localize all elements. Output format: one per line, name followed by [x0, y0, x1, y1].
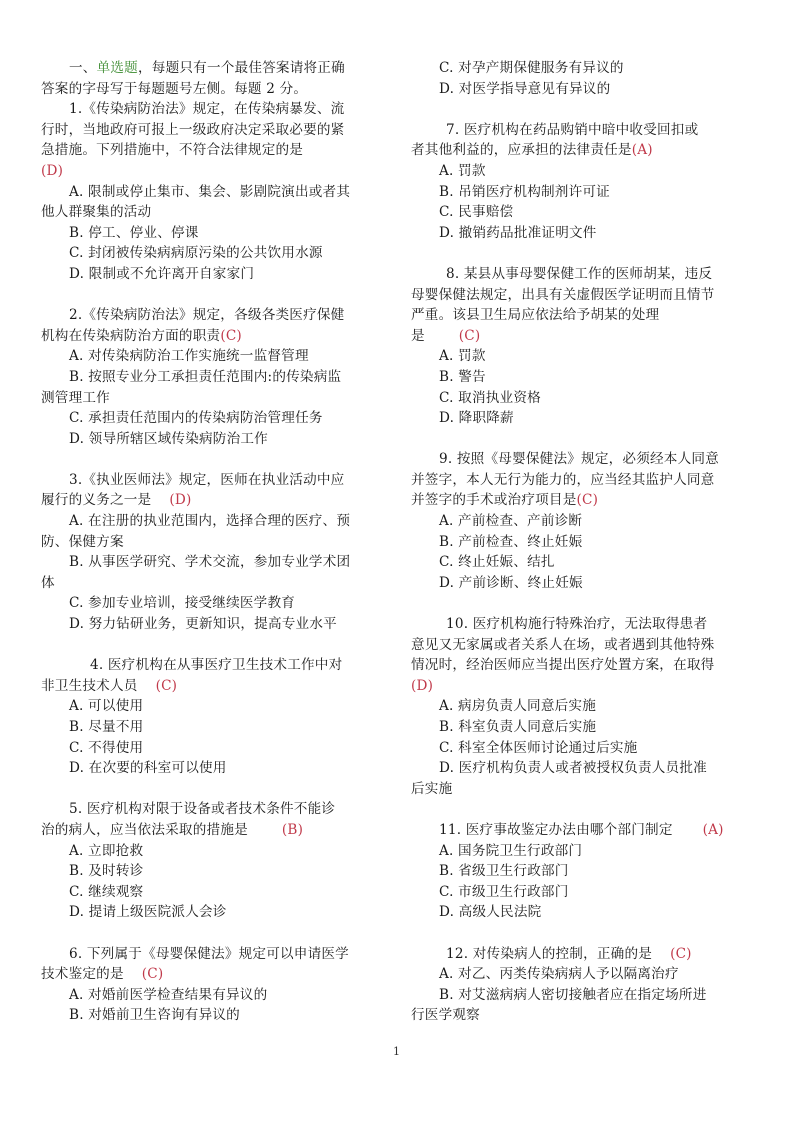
question-2: 2.《传染病防治法》规定，各级各类医疗保健 机构在传染病防治方面的职责(C) A… [41, 305, 391, 449]
option-b: B. 警告 [411, 367, 761, 388]
option-b-cont: 体 [41, 573, 391, 594]
option-a-cont: 他人群聚集的活动 [41, 202, 391, 223]
option-c: C. 终止妊娠、结扎 [411, 552, 761, 573]
question-stem: 是 [411, 328, 425, 344]
answer-label: (D) [169, 492, 191, 508]
option-b: B. 尽量不用 [41, 717, 391, 738]
question-stem: 机构在传染病防治方面的职责 [41, 328, 220, 344]
answer-label: (A) [632, 142, 653, 158]
option-c: C. 市级卫生行政部门 [411, 882, 761, 903]
option-d: D. 产前诊断、终止妊娠 [411, 573, 761, 594]
intro-line-2: 答案的字母写于每题题号左侧。每题 2 分。 [41, 79, 391, 100]
option-b: B. 省级卫生行政部门 [411, 861, 761, 882]
answer-label: (C) [670, 946, 692, 962]
question-stem: 者其他利益的，应承担的法律责任是 [411, 142, 632, 158]
question-4: 4. 医疗机构在从事医疗卫生技术工作中对 非卫生技术人员(C) A. 可以使用 … [41, 655, 391, 779]
option-a: A. 在注册的执业范围内，选择合理的医疗、预 [41, 511, 391, 532]
option-d: D. 高级人民法院 [411, 902, 761, 923]
question-5: 5. 医疗机构对限于设备或者技术条件不能诊 治的病人，应当依法采取的措施是(B)… [41, 799, 391, 923]
option-b: B. 吊销医疗机构制剂许可证 [411, 182, 761, 203]
question-stem: 1.《传染病防治法》规定，在传染病暴发、流 [41, 99, 391, 120]
question-stem: 12. 对传染病人的控制，正确的是 [446, 946, 652, 962]
option-b: B. 对婚前卫生咨询有异议的 [41, 1005, 391, 1026]
option-b: B. 从事医学研究、学术交流，参加专业学术团 [41, 552, 391, 573]
option-b: B. 停工、停业、停课 [41, 223, 391, 244]
option-a: A. 罚款 [411, 161, 761, 182]
option-c: C. 承担责任范围内的传染病防治管理任务 [41, 408, 391, 429]
question-stem: 4. 医疗机构在从事医疗卫生技术工作中对 [41, 655, 391, 676]
option-d: D. 撤销药品批准证明文件 [411, 223, 761, 244]
question-stem: 5. 医疗机构对限于设备或者技术条件不能诊 [41, 799, 391, 820]
option-d: D. 限制或不允许离开自家家门 [41, 264, 391, 285]
question-9: 9. 按照《母婴保健法》规定，必须经本人同意 并签字，本人无行为能力的，应当经其… [411, 449, 761, 593]
question-6: 6. 下列属于《母婴保健法》规定可以申请医学 技术鉴定的是(C) A. 对婚前医… [41, 944, 391, 1026]
question-8: 8. 某县从事母婴保健工作的医师胡某，违反 母婴保健法规定，出具有关虚假医学证明… [411, 264, 761, 429]
intro-line-1: 一、单选题，每题只有一个最佳答案请将正确 [41, 58, 391, 79]
option-a: A. 产前检查、产前诊断 [411, 511, 761, 532]
question-stem: 治的病人，应当依法采取的措施是 [41, 822, 248, 838]
option-a: A. 国务院卫生行政部门 [411, 841, 761, 862]
question-7: 7. 医疗机构在药品购销中暗中收受回扣或 者其他利益的，应承担的法律责任是(A)… [411, 120, 761, 244]
answer-label: (D) [41, 163, 63, 179]
answer-label: (D) [411, 678, 433, 694]
option-a: A. 立即抢救 [41, 841, 391, 862]
option-d: D. 提请上级医院派人会诊 [41, 902, 391, 923]
option-b: B. 对艾滋病病人密切接触者应在指定场所进 [411, 985, 761, 1006]
question-stem: 2.《传染病防治法》规定，各级各类医疗保健 [41, 305, 391, 326]
question-stem: 11. 医疗事故鉴定办法由哪个部门制定 [439, 822, 673, 838]
option-c: C. 民事赔偿 [411, 202, 761, 223]
option-c: C. 封闭被传染病病原污染的公共饮用水源 [41, 243, 391, 264]
option-b: B. 科室负责人同意后实施 [411, 717, 761, 738]
question-12: 12. 对传染病人的控制，正确的是(C) A. 对乙、丙类传染病病人予以隔离治疗… [411, 944, 761, 1026]
right-column: C. 对孕产期保健服务有异议的 D. 对医学指导意见有异议的 7. 医疗机构在药… [411, 58, 761, 1026]
option-c: C. 对孕产期保健服务有异议的 [411, 58, 761, 79]
question-stem: 技术鉴定的是 [41, 966, 124, 982]
section-type-label: 单选题 [97, 60, 138, 76]
option-b-cont: 行医学观察 [411, 1005, 761, 1026]
left-column: 一、单选题，每题只有一个最佳答案请将正确 答案的字母写于每题题号左侧。每题 2 … [41, 58, 391, 1026]
document-page: 一、单选题，每题只有一个最佳答案请将正确 答案的字母写于每题题号左侧。每题 2 … [0, 0, 793, 1122]
question-stem: 并签字，本人无行为能力的，应当经其监护人同意 [411, 470, 761, 491]
question-stem: 意见又无家属或者关系人在场，或者遇到其他特殊 [411, 635, 761, 656]
answer-label: (C) [156, 678, 178, 694]
question-1: 1.《传染病防治法》规定，在传染病暴发、流 行时，当地政府可报上一级政府决定采取… [41, 99, 391, 284]
question-6-continued: C. 对孕产期保健服务有异议的 D. 对医学指导意见有异议的 [411, 58, 761, 99]
answer-label: (C) [459, 328, 481, 344]
option-a: A. 对婚前医学检查结果有异议的 [41, 985, 391, 1006]
question-stem: 情况时，经治医师应当提出医疗处置方案，在取得 [411, 655, 761, 676]
option-d: D. 领导所辖区域传染病防治工作 [41, 429, 391, 450]
question-stem: 母婴保健法规定，出具有关虚假医学证明而且情节 [411, 285, 761, 306]
answer-label: (C) [142, 966, 164, 982]
intro-prefix: 一、 [69, 60, 97, 76]
answer-label: (B) [282, 822, 303, 838]
question-stem: 急措施。下列措施中，不符合法律规定的是 [41, 140, 391, 161]
option-d: D. 医疗机构负责人或者被授权负责人员批准 [411, 758, 761, 779]
question-stem: 履行的义务之一是 [41, 492, 151, 508]
option-c: C. 不得使用 [41, 738, 391, 759]
option-a-cont: 防、保健方案 [41, 532, 391, 553]
option-a: A. 罚款 [411, 346, 761, 367]
option-c: C. 科室全体医师讨论通过后实施 [411, 738, 761, 759]
option-d: D. 在次要的科室可以使用 [41, 758, 391, 779]
page-number: 1 [393, 1045, 400, 1058]
option-a: A. 对乙、丙类传染病病人予以隔离治疗 [411, 964, 761, 985]
option-d-cont: 后实施 [411, 779, 761, 800]
option-d: D. 努力钻研业务，更新知识，提高专业水平 [41, 614, 391, 635]
question-stem: 8. 某县从事母婴保健工作的医师胡某，违反 [411, 264, 761, 285]
answer-label: (C) [577, 492, 599, 508]
question-stem: 严重。该县卫生局应依法给予胡某的处理 [411, 305, 761, 326]
question-stem: 3.《执业医师法》规定，医师在执业活动中应 [41, 470, 391, 491]
question-stem: 行时，当地政府可报上一级政府决定采取必要的紧 [41, 120, 391, 141]
option-a: A. 限制或停止集市、集会、影剧院演出或者其 [41, 182, 391, 203]
option-d: D. 对医学指导意见有异议的 [411, 79, 761, 100]
question-stem: 7. 医疗机构在药品购销中暗中收受回扣或 [411, 120, 761, 141]
option-b: B. 及时转诊 [41, 861, 391, 882]
option-a: A. 对传染病防治工作实施统一监督管理 [41, 346, 391, 367]
question-stem: 并签字的手术或治疗项目是 [411, 492, 577, 508]
option-c: C. 取消执业资格 [411, 388, 761, 409]
option-b: B. 产前检查、终止妊娠 [411, 532, 761, 553]
option-a: A. 可以使用 [41, 696, 391, 717]
option-a: A. 病房负责人同意后实施 [411, 696, 761, 717]
answer-label: (C) [220, 328, 242, 344]
question-10: 10. 医疗机构施行特殊治疗，无法取得患者 意见又无家属或者关系人在场，或者遇到… [411, 614, 761, 799]
option-d: D. 降职降薪 [411, 408, 761, 429]
question-stem: 10. 医疗机构施行特殊治疗，无法取得患者 [411, 614, 761, 635]
question-stem: 9. 按照《母婴保健法》规定，必须经本人同意 [411, 449, 761, 470]
question-stem: 非卫生技术人员 [41, 678, 138, 694]
question-3: 3.《执业医师法》规定，医师在执业活动中应 履行的义务之一是(D) A. 在注册… [41, 470, 391, 635]
answer-label: (A) [703, 822, 724, 838]
intro-text: ，每题只有一个最佳答案请将正确 [138, 60, 345, 76]
question-11: 11. 医疗事故鉴定办法由哪个部门制定(A) A. 国务院卫生行政部门 B. 省… [411, 820, 761, 923]
question-stem: 6. 下列属于《母婴保健法》规定可以申请医学 [41, 944, 391, 965]
option-b-cont: 测管理工作 [41, 388, 391, 409]
option-b: B. 按照专业分工承担责任范围内:的传染病监 [41, 367, 391, 388]
option-c: C. 参加专业培训，接受继续医学教育 [41, 593, 391, 614]
option-c: C. 继续观察 [41, 882, 391, 903]
